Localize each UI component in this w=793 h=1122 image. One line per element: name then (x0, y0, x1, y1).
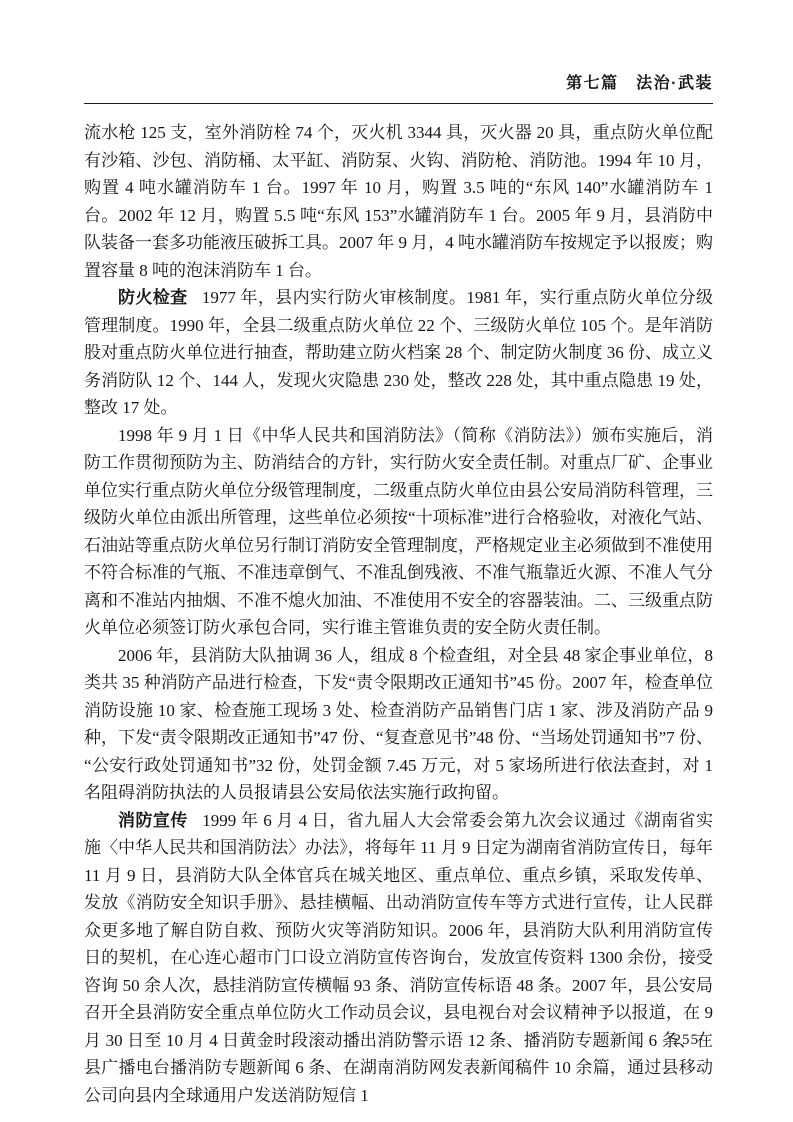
header-divider-rule (84, 103, 713, 104)
paragraph-text: 流水枪 125 支，室外消防栓 74 个，灭火机 3344 具，灭火器 20 具… (84, 123, 713, 280)
body-text-block: 流水枪 125 支，室外消防栓 74 个，灭火机 3344 具，灭火器 20 具… (84, 119, 713, 1109)
paragraph-lead-heading: 消防宣传 (118, 811, 202, 830)
running-head-chapter-title: 第七篇 法治·武装 (84, 74, 713, 94)
paragraph-fire-inspection: 防火检查1977 年，县内实行防火审核制度。1981 年，实行重点防火单位分级管… (84, 284, 713, 422)
document-page: 第七篇 法治·武装 流水枪 125 支，室外消防栓 74 个，灭火机 3344 … (0, 0, 793, 1122)
page-content: 第七篇 法治·武装 流水枪 125 支，室外消防栓 74 个，灭火机 3344 … (84, 74, 713, 1109)
paragraph-lead-heading: 防火检查 (118, 288, 202, 307)
paragraph-text: 1998 年 9 月 1 日《中华人民共和国消防法》（简称《消防法》）颁布实施后… (84, 426, 713, 638)
paragraph-fire-equipment: 流水枪 125 支，室外消防栓 74 个，灭火机 3344 具，灭火器 20 具… (84, 119, 713, 284)
paragraph-text: 1977 年，县内实行防火审核制度。1981 年，实行重点防火单位分级管理制度。… (84, 288, 713, 417)
paragraph-text: 2006 年，县消防大队抽调 36 人，组成 8 个检查组，对全县 48 家企事… (84, 646, 713, 803)
page-number: ·255· (668, 1032, 706, 1049)
paragraph-text: 1999 年 6 月 4 日，省九届人大会常委会第九次会议通过《湖南省实施〈中华… (84, 811, 713, 1105)
paragraph-fire-law-1998: 1998 年 9 月 1 日《中华人民共和国消防法》（简称《消防法》）颁布实施后… (84, 422, 713, 642)
paragraph-fire-publicity: 消防宣传1999 年 6 月 4 日，省九届人大会常委会第九次会议通过《湖南省实… (84, 807, 713, 1110)
paragraph-inspection-2006: 2006 年，县消防大队抽调 36 人，组成 8 个检查组，对全县 48 家企事… (84, 642, 713, 807)
